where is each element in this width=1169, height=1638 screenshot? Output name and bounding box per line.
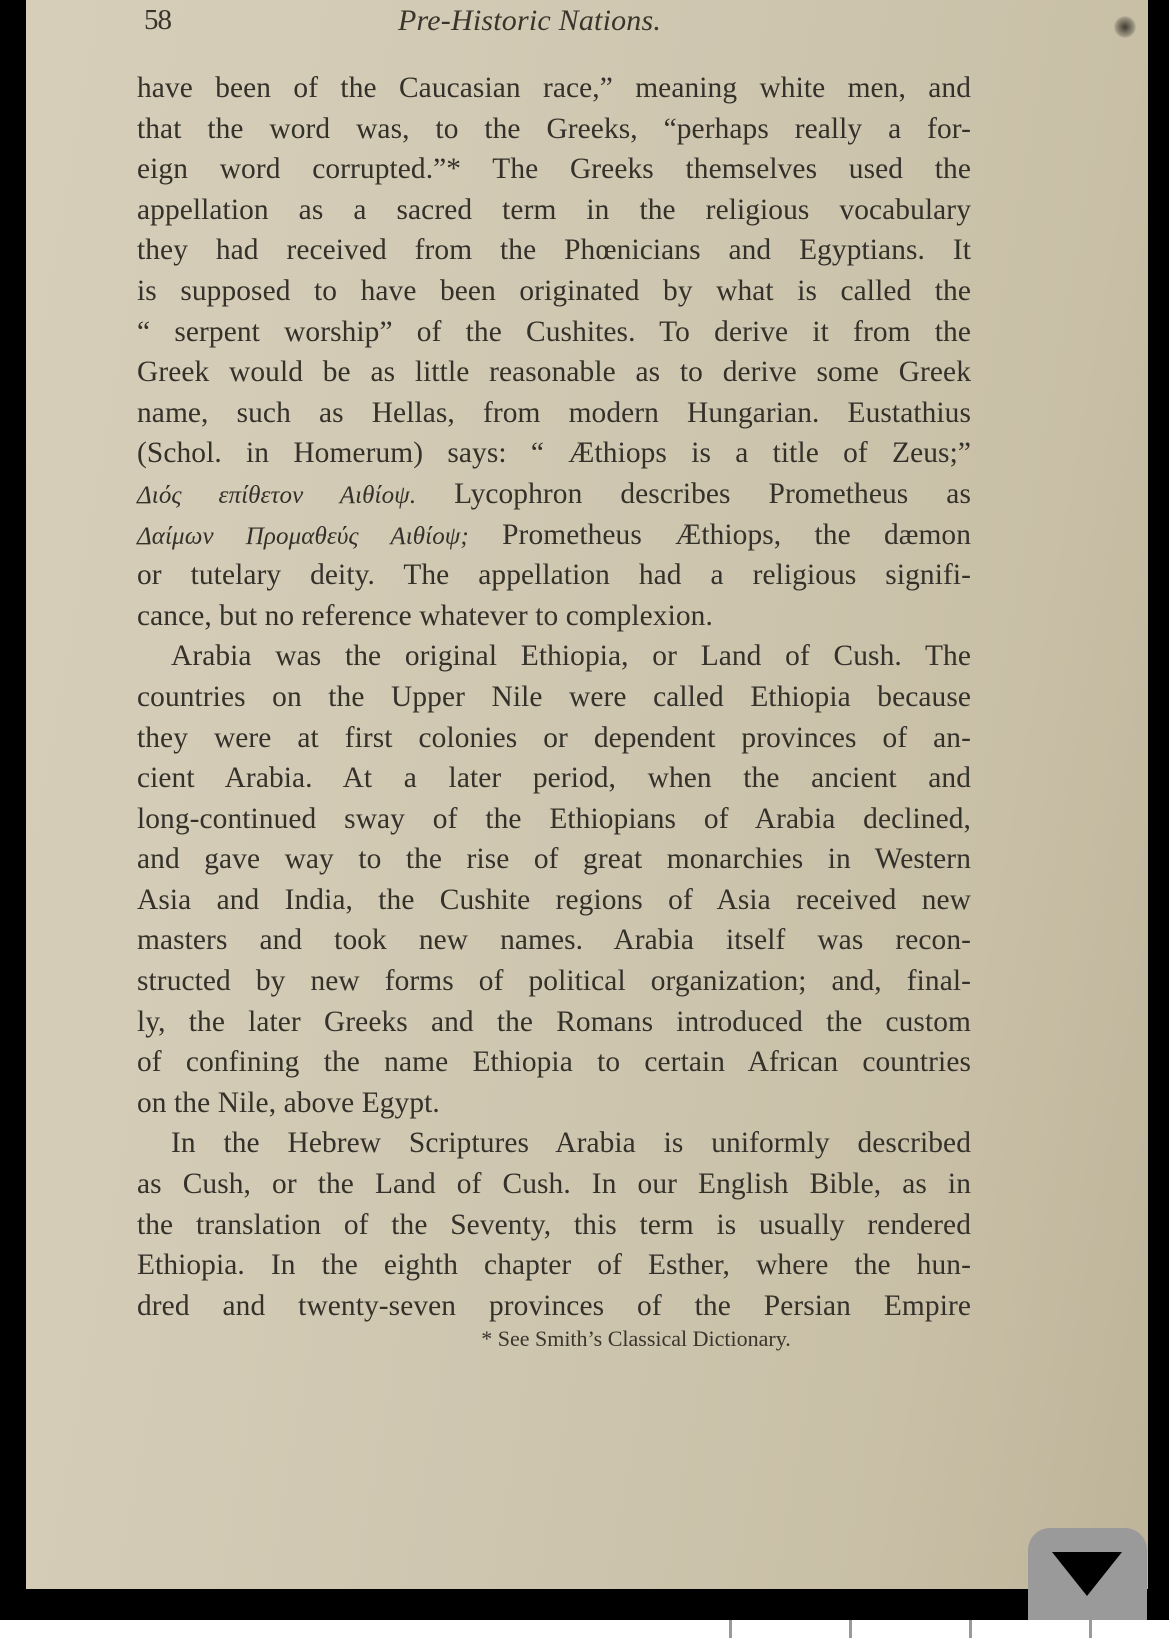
line-text: Ethiopia. In the eighth chapter of Esthe… [137, 1249, 971, 1281]
line-text: of confining the name Ethiopia to certai… [137, 1046, 971, 1078]
line-text: Prometheus Æthiops, the dæmon [502, 519, 971, 551]
toolbar-divider [729, 1620, 732, 1638]
line-text: and gave way to the rise of great monarc… [137, 843, 971, 875]
text-line: Δαίμων Προμαθεύς Αιθίοψ; Prometheus Æthi… [137, 515, 971, 556]
text-line: the translation of the Seventy, this ter… [137, 1205, 971, 1246]
footnote: * See Smith’s Classical Dictionary. [26, 1326, 1148, 1352]
text-line: dred and twenty-seven provinces of the P… [137, 1286, 971, 1327]
toolbar-divider [849, 1620, 852, 1638]
line-text: In the Hebrew Scriptures Arabia is unifo… [171, 1127, 971, 1159]
line-text: structed by new forms of political organ… [137, 965, 971, 997]
line-text: is supposed to have been originated by w… [137, 275, 971, 307]
text-line: “ serpent worship” of the Cushites. To d… [137, 312, 971, 353]
text-line: name, such as Hellas, from modern Hungar… [137, 393, 971, 434]
line-text: “ serpent worship” of the Cushites. To d… [137, 316, 971, 348]
line-text: long-continued sway of the Ethiopians of… [137, 803, 971, 835]
text-line: ly, the later Greeks and the Romans intr… [137, 1002, 971, 1043]
line-text: countries on the Upper Nile were called … [137, 681, 971, 713]
text-line: appellation as a sacred term in the reli… [137, 190, 971, 231]
page-number: 58 [144, 4, 171, 37]
text-line: cient Arabia. At a later period, when th… [137, 758, 971, 799]
line-text: the translation of the Seventy, this ter… [137, 1209, 971, 1241]
text-line: Asia and India, the Cushite regions of A… [137, 880, 971, 921]
next-page-button[interactable] [1028, 1528, 1147, 1628]
text-line: of confining the name Ethiopia to certai… [137, 1042, 971, 1083]
text-line: on the Nile, above Egypt. [137, 1083, 971, 1124]
toolbar-divider [1089, 1620, 1092, 1638]
text-line: Ethiopia. In the eighth chapter of Esthe… [137, 1245, 971, 1286]
line-text: masters and took new names. Arabia itsel… [137, 924, 971, 956]
page-body-text: have been of the Caucasian race,” meanin… [137, 68, 971, 1326]
line-text: cient Arabia. At a later period, when th… [137, 762, 971, 794]
line-text: on the Nile, above Egypt. [137, 1087, 440, 1119]
line-text: Greek would be as little reasonable as t… [137, 356, 971, 388]
text-line: In the Hebrew Scriptures Arabia is unifo… [137, 1123, 971, 1164]
book-page: 58 Pre-Historic Nations. have been of th… [26, 0, 1148, 1589]
line-text: eign word corrupted.”* The Greeks themse… [137, 153, 971, 185]
line-text: appellation as a sacred term in the reli… [137, 194, 971, 226]
running-head: 58 Pre-Historic Nations. [26, 4, 1148, 48]
line-text: cance, but no reference whatever to comp… [137, 600, 713, 632]
document-viewer: 58 Pre-Historic Nations. have been of th… [0, 0, 1169, 1620]
text-line: Διός επίθετον Αιθίοψ. Lycophron describe… [137, 474, 971, 515]
running-title: Pre-Historic Nations. [398, 4, 661, 38]
line-text: Arabia was the original Ethiopia, or Lan… [171, 640, 971, 672]
bottom-toolbar-strip [0, 1620, 1169, 1638]
line-text: Asia and India, the Cushite regions of A… [137, 884, 971, 916]
line-text: that the word was, to the Greeks, “perha… [137, 113, 971, 145]
line-text: ly, the later Greeks and the Romans intr… [137, 1006, 971, 1038]
text-line: they were at first colonies or dependent… [137, 718, 971, 759]
line-text: (Schol. in Homerum) says: “ Æthiops is a… [137, 437, 971, 469]
line-text: dred and twenty-seven provinces of the P… [137, 1290, 971, 1322]
line-text: Lycophron describes Prometheus as [454, 478, 971, 510]
line-text: name, such as Hellas, from modern Hungar… [137, 397, 971, 429]
text-line: countries on the Upper Nile were called … [137, 677, 971, 718]
text-line: Greek would be as little reasonable as t… [137, 352, 971, 393]
toolbar-divider [969, 1620, 972, 1638]
greek-quote: Δαίμων Προμαθεύς Αιθίοψ; [137, 523, 469, 550]
text-line: that the word was, to the Greeks, “perha… [137, 109, 971, 150]
line-text: they had received from the Phœnicians an… [137, 234, 971, 266]
text-line: long-continued sway of the Ethiopians of… [137, 799, 971, 840]
text-line: and gave way to the rise of great monarc… [137, 839, 971, 880]
text-line: Arabia was the original Ethiopia, or Lan… [137, 636, 971, 677]
text-line: is supposed to have been originated by w… [137, 271, 971, 312]
text-line: (Schol. in Homerum) says: “ Æthiops is a… [137, 433, 971, 474]
text-line: cance, but no reference whatever to comp… [137, 596, 971, 637]
text-line: eign word corrupted.”* The Greeks themse… [137, 149, 971, 190]
line-text: or tutelary deity. The appellation had a… [137, 559, 971, 591]
line-text: they were at first colonies or dependent… [137, 722, 971, 754]
line-text: as Cush, or the Land of Cush. In our Eng… [137, 1168, 971, 1200]
text-line: masters and took new names. Arabia itsel… [137, 920, 971, 961]
text-line: as Cush, or the Land of Cush. In our Eng… [137, 1164, 971, 1205]
text-line: have been of the Caucasian race,” meanin… [137, 68, 971, 109]
greek-quote: Διός επίθετον Αιθίοψ. [137, 482, 416, 509]
text-line: they had received from the Phœnicians an… [137, 230, 971, 271]
text-line: or tutelary deity. The appellation had a… [137, 555, 971, 596]
triangle-down-icon [1052, 1552, 1122, 1596]
text-line: structed by new forms of political organ… [137, 961, 971, 1002]
line-text: have been of the Caucasian race,” meanin… [137, 72, 971, 104]
